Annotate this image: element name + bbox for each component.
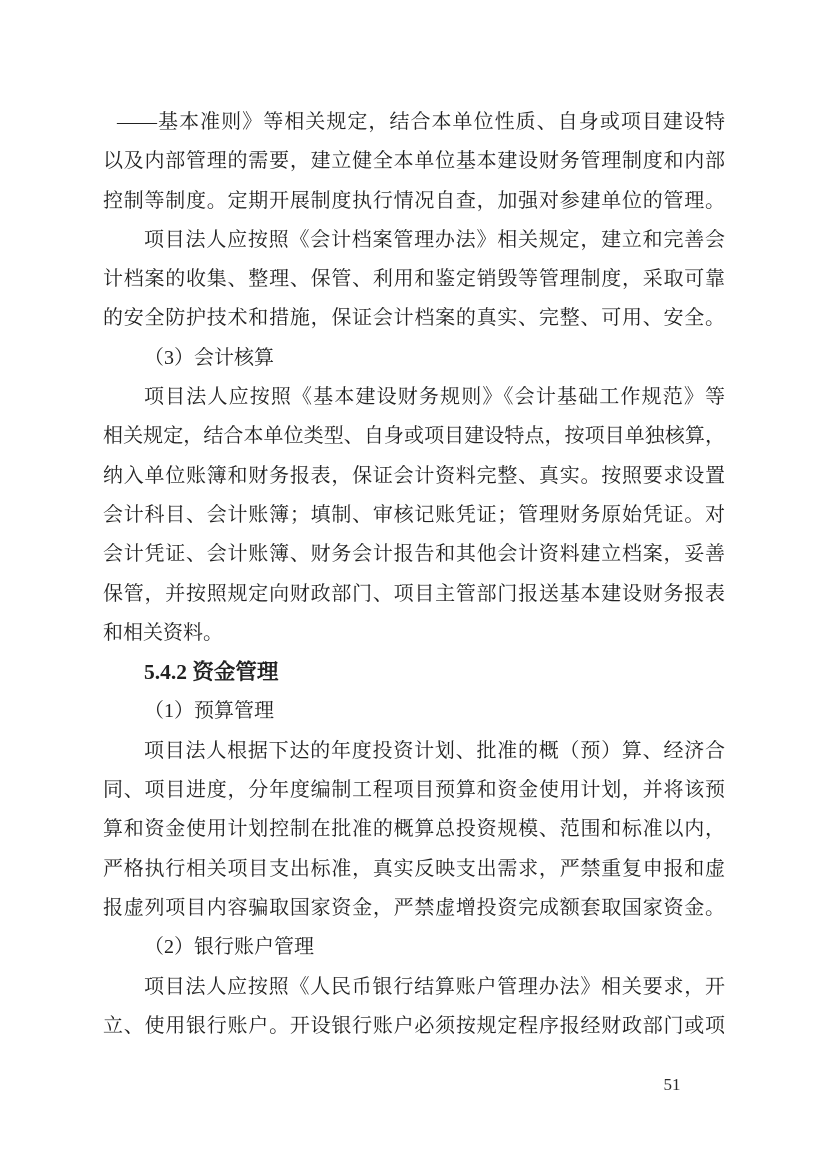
paragraph-accounting-rules: 项目法人应按照《基本建设财务规则》《会计基础工作规范》等 相关规定，结合本单位类… — [103, 378, 725, 653]
item-heading-2-bank-account: （2）银行账户管理 — [103, 928, 725, 967]
item-heading-1-budget: （1）预算管理 — [103, 692, 725, 731]
text-line: 同、项目进度，分年度编制工程项目预算和资金使用计划，并将该预 — [103, 771, 725, 810]
paragraph-bank-account: 项目法人应按照《人民币银行结算账户管理办法》相关要求，开 立、使用银行账户。开设… — [103, 968, 725, 1047]
text-line: 算和资金使用计划控制在批准的概算总投资规模、范围和标准以内， — [103, 810, 725, 849]
text-line: 项目法人应按照《会计档案管理办法》相关规定，建立和完善会 — [103, 221, 725, 260]
item-heading-line: （3）会计核算 — [103, 339, 725, 378]
text-line: 和相关资料。 — [103, 614, 725, 653]
text-line: 控制等制度。定期开展制度执行情况自查，加强对参建单位的管理。 — [103, 182, 725, 221]
paragraph-continuation: ——基本准则》等相关规定，结合本单位性质、自身或项目建设特点， 以及内部管理的需… — [103, 103, 725, 221]
text-line: 以及内部管理的需要，建立健全本单位基本建设财务管理制度和内部 — [103, 142, 725, 181]
text-line: ——基本准则》等相关规定，结合本单位性质、自身或项目建设特点， — [103, 103, 725, 142]
section-heading-5-4-2: 5.4.2 资金管理 — [103, 653, 725, 692]
document-text-block: ——基本准则》等相关规定，结合本单位性质、自身或项目建设特点， 以及内部管理的需… — [103, 103, 725, 1046]
text-line: 报虚列项目内容骗取国家资金，严禁虚增投资完成额套取国家资金。 — [103, 889, 725, 928]
item-heading-line: （1）预算管理 — [103, 692, 725, 731]
section-heading-line: 5.4.2 资金管理 — [103, 653, 725, 692]
paragraph-archives: 项目法人应按照《会计档案管理办法》相关规定，建立和完善会 计档案的收集、整理、保… — [103, 221, 725, 339]
text-line: 立、使用银行账户。开设银行账户必须按规定程序报经财政部门或项 — [103, 1007, 725, 1046]
item-heading-line: （2）银行账户管理 — [103, 928, 725, 967]
text-line: 严格执行相关项目支出标准，真实反映支出需求，严禁重复申报和虚 — [103, 850, 725, 889]
page-number: 51 — [652, 1070, 692, 1100]
text-line: 会计科目、会计账簿；填制、审核记账凭证；管理财务原始凭证。对 — [103, 496, 725, 535]
text-line: 会计凭证、会计账簿、财务会计报告和其他会计资料建立档案，妥善 — [103, 535, 725, 574]
text-line: 项目法人应按照《人民币银行结算账户管理办法》相关要求，开 — [103, 968, 725, 1007]
text-line: 纳入单位账簿和财务报表，保证会计资料完整、真实。按照要求设置 — [103, 457, 725, 496]
text-line: 保管，并按照规定向财政部门、项目主管部门报送基本建设财务报表 — [103, 575, 725, 614]
text-line: 项目法人应按照《基本建设财务规则》《会计基础工作规范》等 — [103, 378, 725, 417]
item-heading-3-accounting: （3）会计核算 — [103, 339, 725, 378]
text-line: 项目法人根据下达的年度投资计划、批准的概（预）算、经济合 — [103, 732, 725, 771]
text-line: 相关规定，结合本单位类型、自身或项目建设特点，按项目单独核算， — [103, 417, 725, 456]
document-page: ——基本准则》等相关规定，结合本单位性质、自身或项目建设特点， 以及内部管理的需… — [0, 0, 826, 1169]
text-line: 计档案的收集、整理、保管、利用和鉴定销毁等管理制度，采取可靠 — [103, 260, 725, 299]
text-line: 的安全防护技术和措施，保证会计档案的真实、完整、可用、安全。 — [103, 299, 725, 338]
paragraph-budget: 项目法人根据下达的年度投资计划、批准的概（预）算、经济合 同、项目进度，分年度编… — [103, 732, 725, 928]
